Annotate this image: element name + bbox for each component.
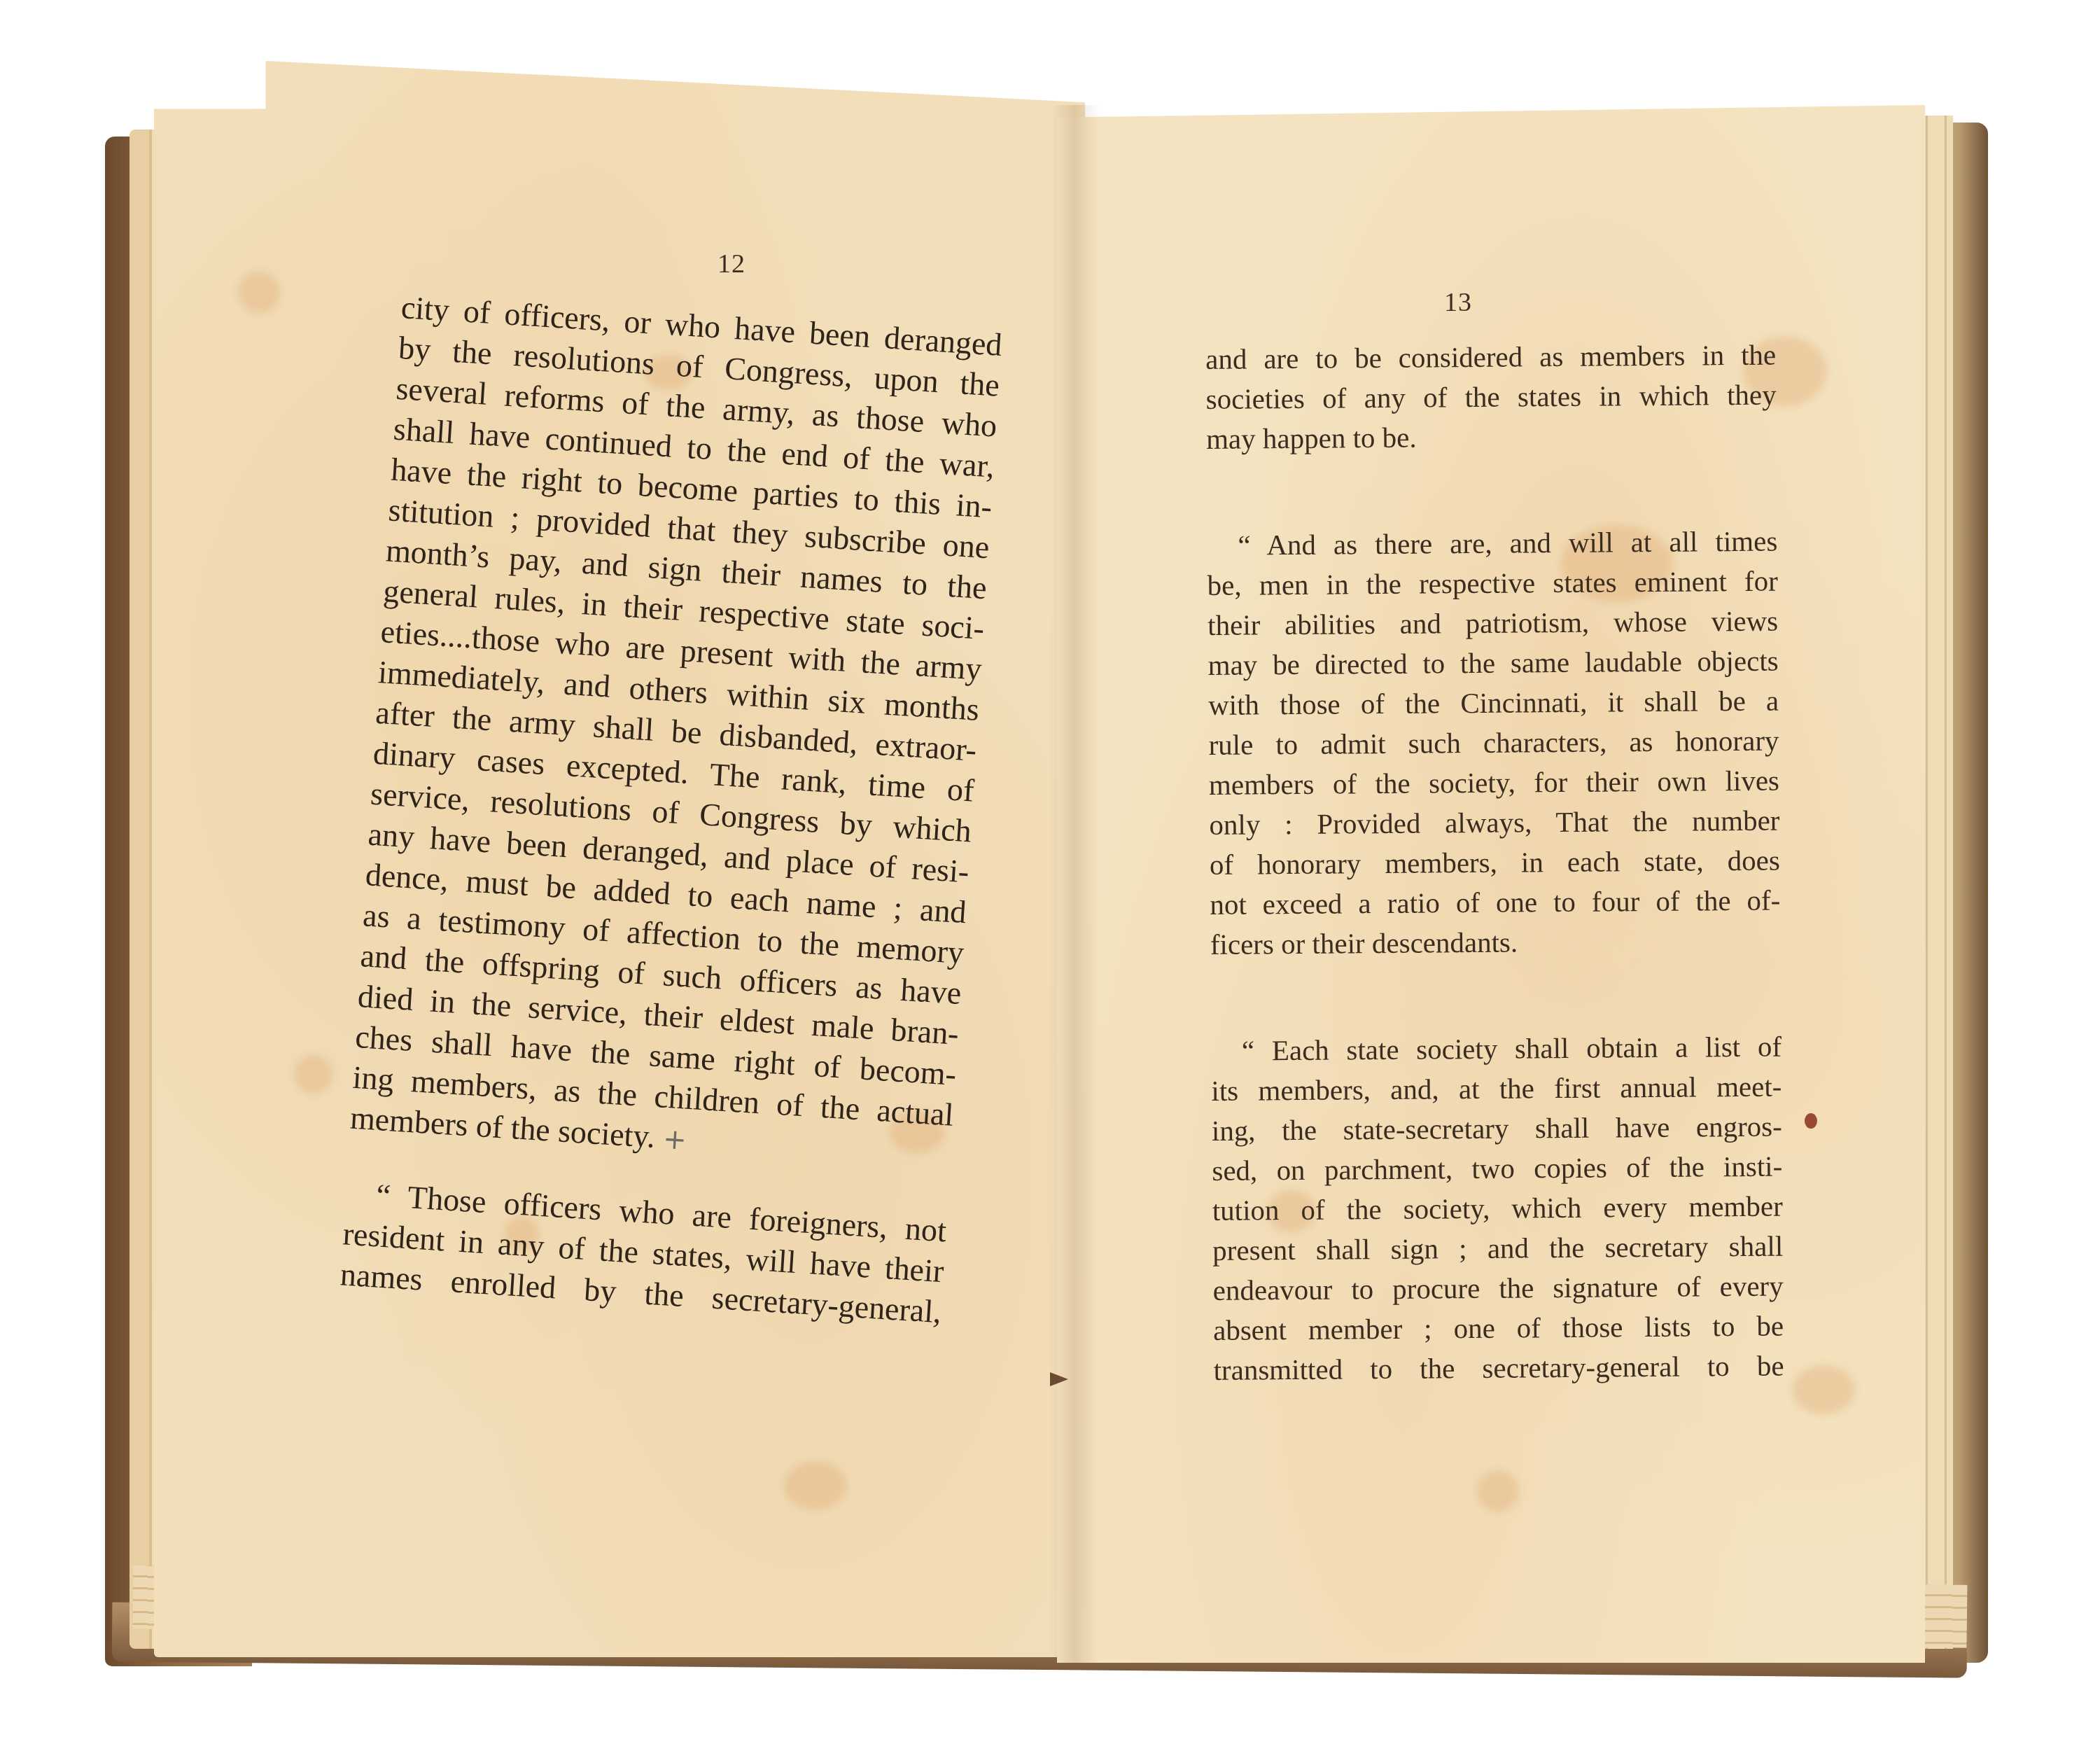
- text-line: of honorary members, in each state, does: [1210, 841, 1780, 885]
- paragraph-gap: [1206, 455, 1777, 526]
- text-line: sed, on parchment, two copies of the ins…: [1212, 1147, 1782, 1191]
- text-line: may be directed to the same laudable obj…: [1207, 641, 1778, 685]
- text-line: and are to be considered as members in t…: [1205, 335, 1776, 379]
- text-line: be, men in the respective states eminent…: [1207, 561, 1778, 606]
- pencil-mark-cross: +: [662, 1123, 687, 1157]
- text-line: absent member ; one of those lists to be: [1213, 1306, 1784, 1351]
- page-number-right: 13: [1444, 287, 1472, 318]
- text-line: members of the society, for their own li…: [1209, 761, 1779, 805]
- text-line: its members, and, at the first annual me…: [1211, 1067, 1781, 1111]
- paragraph-gap: [1210, 961, 1781, 1031]
- ink-stain: [1805, 1113, 1817, 1129]
- text-line: present shall sign ; and the secretary s…: [1212, 1227, 1783, 1271]
- text-line: only : Provided always, That the number: [1209, 801, 1779, 845]
- text-line: ficers or their descendants.: [1210, 921, 1781, 965]
- text-line: not exceed a ratio of one to four of the…: [1210, 881, 1780, 925]
- page-number-left: 12: [717, 249, 745, 279]
- text-line: transmitted to the secretary-general to …: [1213, 1346, 1784, 1390]
- text-line: with those of the Cincinnati, it shall b…: [1208, 681, 1779, 725]
- text-line: rule to admit such characters, as honora…: [1208, 721, 1779, 765]
- text-line: societies of any of the states in which …: [1205, 375, 1776, 419]
- text-line: endeavour to procure the signature of ev…: [1212, 1267, 1783, 1311]
- text-line: their abilities and patriotism, whose vi…: [1207, 601, 1778, 646]
- text-line: may happen to be.: [1206, 415, 1777, 459]
- text-line: “ And as there are, and will at all time…: [1207, 522, 1777, 566]
- text-line: ing, the state-secretary shall have engr…: [1212, 1107, 1782, 1151]
- text-line: tution of the society, which every membe…: [1212, 1187, 1783, 1231]
- left-page-text: city of officers, or who have been deran…: [339, 287, 1003, 1332]
- right-page-text: and are to be considered as members in t…: [1205, 335, 1784, 1390]
- text-line: “ Each state society shall obtain a list…: [1211, 1027, 1781, 1071]
- book-gutter: [1050, 105, 1099, 1666]
